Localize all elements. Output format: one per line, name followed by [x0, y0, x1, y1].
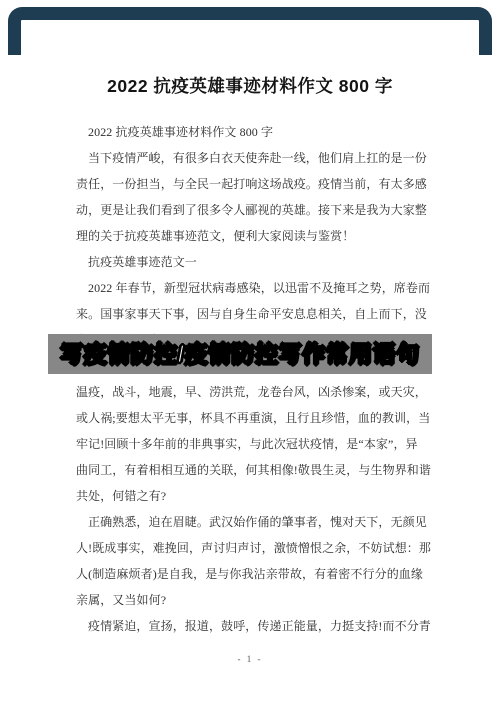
text-line: 牢记!回顾十多年前的非典事实，与此次冠状疫情，是“本家”，异: [76, 431, 430, 457]
text-line: 亲属，又当如何?: [76, 587, 430, 613]
text-line: 人!既成事实，难挽回，声讨归声讨，激愤憎恨之余，不妨试想：那: [76, 535, 430, 561]
text-line: 理的关于抗疫英雄事迹范文，便利大家阅读与鉴赏！: [76, 223, 430, 249]
page-number: - 1 -: [0, 652, 500, 666]
text-line: 2022 年春节，新型冠状病毒感染，以迅雷不及掩耳之势，席卷而: [76, 275, 430, 301]
overlay-ad-banner-text: 写疫情防控/疫情防控写作常用语句: [60, 334, 419, 374]
top-frame-decoration: [8, 7, 492, 55]
text-line: 疫情紧迫，宣扬，报道，鼓呼，传递正能量，力挺支持!而不分青: [76, 613, 430, 639]
text-line: 曲同工，有着相相互通的关联，何其相像!敬畏生灵，与生物界和谐: [76, 457, 430, 483]
overlay-ad-banner[interactable]: 写疫情防控/疫情防控写作常用语句: [48, 334, 432, 374]
document-body: 2022 抗疫英雄事迹材料作文 800 字当下疫情严峻，有很多白衣天使奔赴一线，…: [76, 119, 430, 639]
text-line: 抗疫英雄事迹范文一: [76, 249, 430, 275]
text-line: 温疫，战斗，地震，早、涝洪荒，龙卷台风，凶杀惨案，或天灾，: [76, 379, 430, 405]
document-title: 2022 抗疫英雄事迹材料作文 800 字: [0, 73, 500, 99]
text-line: 责任，一份担当，与全民一起打响这场战疫。疫情当前，有太多感: [76, 171, 430, 197]
document-page: 2022 抗疫英雄事迹材料作文 800 字 2022 抗疫英雄事迹材料作文 80…: [0, 0, 500, 706]
text-line: 来。国事家事天下事，因与自身生命平安息息相关，自上而下，没: [76, 301, 430, 327]
text-line: 当下疫情严峻，有很多白衣天使奔赴一线，他们肩上扛的是一份: [76, 145, 430, 171]
text-line: 共处，何错之有?: [76, 483, 430, 509]
text-line: 人(制造麻烦者)是自我，是与你我沾亲带故，有着密不行分的血缘: [76, 561, 430, 587]
text-line: 动，更是让我们看到了很多令人郦视的英雄。接下来是我为大家整: [76, 197, 430, 223]
text-line: 正确熟悉，迫在眉睫。武汉始作俑的肇事者，愧对天下，无颜见: [76, 509, 430, 535]
text-line: 2022 抗疫英雄事迹材料作文 800 字: [76, 119, 430, 145]
text-line: 或人祸;要想太平无事，杯具不再重演，且行且珍惜，血的教训，当: [76, 405, 430, 431]
